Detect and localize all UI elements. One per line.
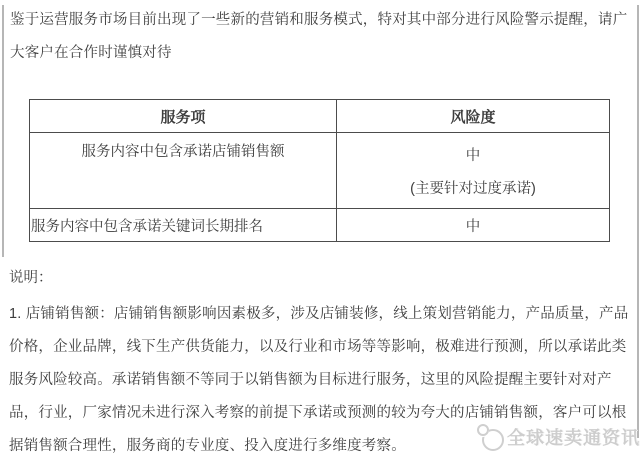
intro-line-1: 鉴于运营服务市场目前出现了一些新的营销和服务模式，特对其中部分进行风险警示提醒，… bbox=[10, 4, 636, 37]
table-row: 服务内容中包含承诺店铺销售额 中 (主要针对过度承诺) bbox=[30, 133, 610, 209]
column-header-service: 服务项 bbox=[30, 100, 337, 133]
notes-item-1-line-1: 1. 店铺销售额：店铺销售额影响因素极多，涉及店铺装修，线上策划营销能力，产品质… bbox=[9, 298, 639, 331]
content-left-border bbox=[2, 5, 4, 257]
notes-heading: 说明： bbox=[9, 262, 53, 295]
risk-table: 服务项 风险度 服务内容中包含承诺店铺销售额 中 (主要针对过度承诺) 服务内容… bbox=[29, 99, 610, 242]
table-row: 服务内容中包含承诺关键词长期排名 中 bbox=[30, 209, 610, 242]
watermark: 全球速卖通资讯 bbox=[478, 419, 640, 455]
risk-note: (主要针对过度承诺) bbox=[337, 173, 609, 206]
globe-orbit-icon bbox=[478, 425, 502, 449]
column-header-risk: 风险度 bbox=[337, 100, 610, 133]
notes-item-1-line-2: 价格，企业品牌，线下生产供货能力，以及行业和市场等等影响，极难进行预测，所以承诺… bbox=[9, 331, 639, 364]
risk-cell: 中 (主要针对过度承诺) bbox=[337, 133, 610, 209]
intro-paragraph: 鉴于运营服务市场目前出现了一些新的营销和服务模式，特对其中部分进行风险警示提醒，… bbox=[10, 4, 636, 70]
service-cell: 服务内容中包含承诺关键词长期排名 bbox=[30, 209, 337, 242]
risk-cell: 中 bbox=[337, 209, 610, 242]
risk-level: 中 bbox=[337, 140, 609, 173]
watermark-label: 全球速卖通资讯 bbox=[507, 424, 640, 450]
intro-line-2: 大客户在合作时谨慎对待 bbox=[10, 37, 636, 70]
article-page: 鉴于运营服务市场目前出现了一些新的营销和服务模式，特对其中部分进行风险警示提醒，… bbox=[0, 0, 643, 458]
risk-table-header-row: 服务项 风险度 bbox=[30, 100, 610, 133]
service-cell: 服务内容中包含承诺店铺销售额 bbox=[30, 133, 337, 209]
notes-item-1-line-3: 服务风险较高。承诺销售额不等同于以销售额为目标进行服务，这里的风险提醒主要针对对… bbox=[9, 364, 639, 397]
